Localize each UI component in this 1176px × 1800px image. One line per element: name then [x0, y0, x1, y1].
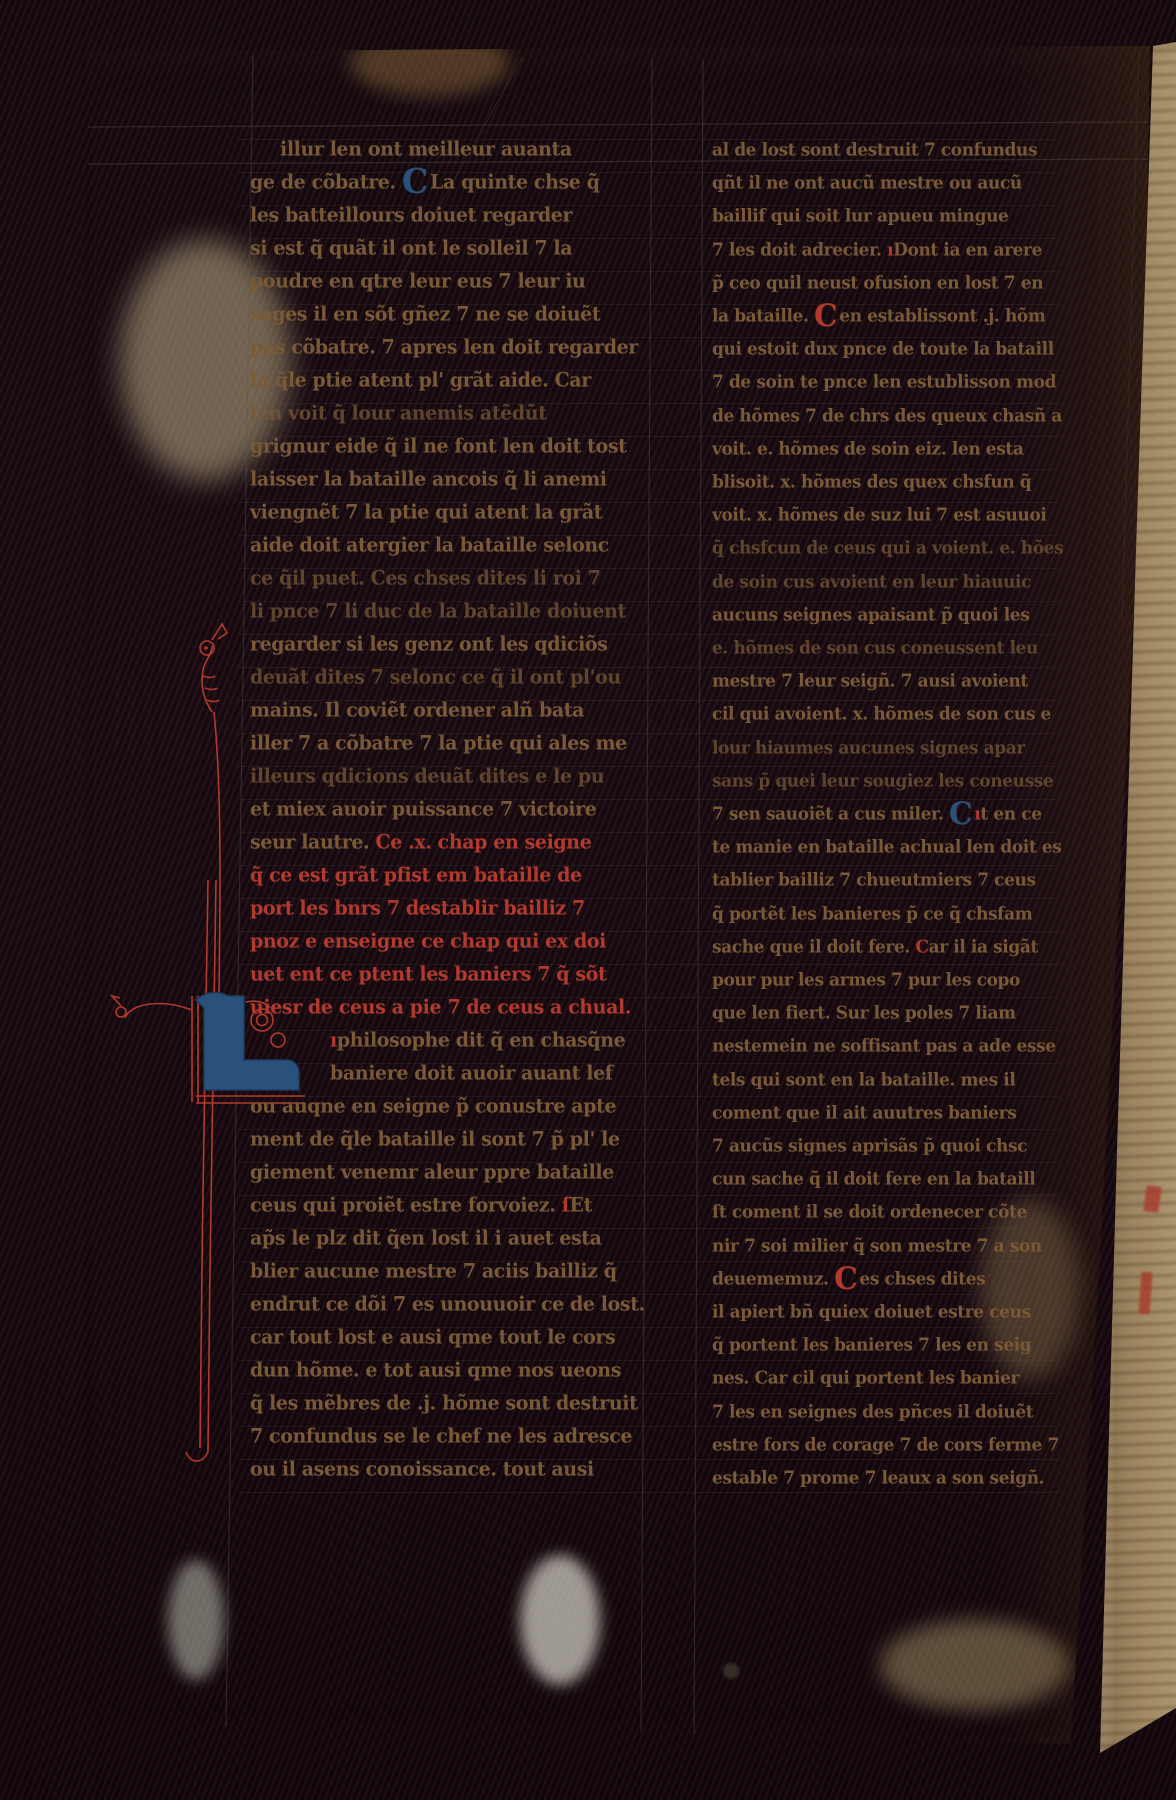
text-segment: la q̃le ptie atent pl' grãt aide. Car: [250, 369, 591, 392]
manuscript-line: il apiert bñ quiex doiuet estre ceus: [712, 1302, 1031, 1323]
manuscript-line: ſt coment il se doit ordenecer cõte: [712, 1202, 1027, 1223]
manuscript-line: nes. Car cil qui portent les banier: [712, 1368, 1019, 1389]
manuscript-line: al de lost sont destruit 7 confundus: [712, 140, 1037, 161]
decorated-initial: C: [834, 1260, 857, 1296]
text-segment: les batteillours doiuet regarder: [250, 204, 572, 227]
text-segment: Ce .x. chap en seigne: [375, 831, 591, 854]
manuscript-line: pour pur les armes 7 pur les copo: [712, 970, 1020, 991]
text-segment: blier aucune mestre 7 aciis bailliz q̃: [250, 1260, 617, 1283]
folio-edge-red-text: [1139, 1272, 1153, 1315]
text-segment: C: [915, 937, 928, 958]
manuscript-line: nir 7 soi milier q̃ son mestre 7 a son: [712, 1236, 1042, 1257]
manuscript-line: iller 7 a cõbatre 7 la ptie qui ales me: [250, 732, 627, 755]
text-segment: la bataille.: [712, 306, 814, 327]
manuscript-line: pas cõbatre. 7 apres len doit regarder: [250, 336, 638, 359]
manuscript-line: ou auqne en seigne p̃ conustre apte: [250, 1095, 616, 1118]
text-segment: sache que il doit fere.: [712, 937, 915, 958]
text-segment: endrut ce dõi 7 es unouuoir ce de lost.: [250, 1293, 645, 1316]
text-segment: blisoit. x. hõmes des quex chsfun q̃: [712, 472, 1031, 493]
text-segment: 7 sen sauoiẽt a cus miler.: [712, 804, 949, 825]
manuscript-line: q̃ les mẽbres de .j. hõme sont destruit: [250, 1392, 637, 1415]
manuscript-line: ment de q̃le bataille il sont 7 p̃ pl' l…: [250, 1128, 620, 1151]
text-segment: baniere doit auoir auant lef: [330, 1062, 613, 1085]
manuscript-line: 7 les en seignes des pñces il doiuẽt: [712, 1402, 1033, 1423]
text-segment: q̃ portent les banieres 7 les en seig: [712, 1335, 1031, 1356]
text-segment: si est q̃ quãt il ont le solleil 7 la: [250, 237, 572, 260]
manuscript-line: si est q̃ quãt il ont le solleil 7 la: [250, 237, 572, 260]
text-segment: mestre 7 leur seigñ. 7 ausi avoient: [712, 671, 1028, 692]
text-segment: q̃ portẽt les banieres p̃ ce q̃ chsfam: [712, 904, 1032, 925]
text-segment: voit. x. hõmes de suz lui 7 est asuuoi: [712, 505, 1046, 526]
text-segment: ge de cõbatre.: [250, 171, 402, 194]
manuscript-line: illur len ont meilleur auanta: [280, 138, 572, 161]
manuscript-line: baniere doit auoir auant lef: [330, 1062, 613, 1085]
manuscript-line: blier aucune mestre 7 aciis bailliz q̃: [250, 1260, 617, 1283]
text-segment: coment que il ait auutres baniers: [712, 1103, 1016, 1124]
manuscript-line: ou il asens conoissance. tout ausi: [250, 1458, 594, 1481]
manuscript-line: pnoz e enseigne ce chap qui ex doi: [250, 930, 606, 953]
manuscript-line: voit. x. hõmes de suz lui 7 est asuuoi: [712, 505, 1046, 526]
text-segment: poudre en qtre leur eus 7 leur iu: [250, 270, 585, 293]
manuscript-line: endrut ce dõi 7 es unouuoir ce de lost.: [250, 1293, 645, 1316]
text-segment: deuãt dites 7 selonc ce q̃ il ont pl'ou: [250, 666, 621, 689]
text-segment: q̃ les mẽbres de .j. hõme sont destruit: [250, 1392, 637, 1415]
manuscript-line: grignur eide q̃ il ne font len doit tost: [250, 435, 627, 458]
text-segment: et miex auoir puissance 7 victoire: [250, 798, 596, 821]
text-segment: al de lost sont destruit 7 confundus: [712, 140, 1037, 161]
manuscript-line: ceus qui proiẽt estre forvoiez. ſEt: [250, 1194, 592, 1217]
manuscript-line: regarder si les genz ont les qdiciõs: [250, 633, 607, 656]
manuscript-line: ıphilosophe dit q̃ en chasq̃ne: [330, 1029, 625, 1052]
manuscript-line: cun sache q̃ il doit fere en la bataill: [712, 1169, 1035, 1190]
text-segment: qñt il ne ont aucũ mestre ou aucũ: [712, 173, 1022, 194]
manuscript-line: 7 les doit adrecier. ıDont ia en arere: [712, 240, 1042, 261]
text-segment: tablier bailliz 7 chueutmiers 7 ceus: [712, 870, 1036, 891]
text-segment: baillif qui soit lur apueu mingue: [712, 206, 1008, 227]
manuscript-line: uet ent ce ptent les baniers 7 q̃ sõt: [250, 963, 606, 986]
manuscript-line: laisser la bataille ancois q̃ li anemi: [250, 468, 607, 491]
decorated-initial: C: [814, 297, 837, 333]
bird-eye: [204, 646, 208, 650]
text-segment: aide doit atergier la bataille selonc: [250, 534, 609, 557]
text-segment: ou il asens conoissance. tout ausi: [250, 1458, 594, 1481]
text-segment: ment de q̃le bataille il sont 7 p̃ pl' l…: [250, 1128, 620, 1151]
text-segment: len voit q̃ lour anemis atẽdũt: [250, 402, 547, 425]
manuscript-line: estable 7 prome 7 leaux a son seigñ.: [712, 1468, 1044, 1489]
text-segment: cun sache q̃ il doit fere en la bataill: [712, 1169, 1035, 1190]
manuscript-line: p̃ ceo quil neust ofusion en lost 7 en: [712, 273, 1043, 294]
manuscript-line: illeurs qdicions deuãt dites e le pu: [250, 765, 604, 788]
manuscript-line: la q̃le ptie atent pl' grãt aide. Car: [250, 369, 591, 392]
text-segment: ce q̃il puet. Ces chses dites li roi 7: [250, 567, 600, 590]
text-segment: pnoz e enseigne ce chap qui ex doi: [250, 930, 606, 953]
manuscript-line: q̃ ce est grãt pfist em bataille de: [250, 864, 582, 887]
text-segment: ſt coment il se doit ordenecer cõte: [712, 1202, 1027, 1223]
text-segment: ceus qui proiẽt estre forvoiez.: [250, 1194, 562, 1217]
text-segment: 7 les doit adrecier.: [712, 240, 887, 261]
text-segment: 7 confundus se le chef ne les adresce: [250, 1425, 632, 1448]
manuscript-line: li pnce 7 li duc de la bataille doiuent: [250, 600, 626, 623]
text-segment: sages il en sõt gñez 7 ne se doiuẽt: [250, 303, 600, 326]
text-segment: illur len ont meilleur auanta: [280, 138, 572, 161]
text-segment: aucuns seignes apaisant p̃ quoi les: [712, 605, 1029, 626]
decorated-initial: C: [949, 795, 972, 831]
text-segment: nir 7 soi milier q̃ son mestre 7 a son: [712, 1236, 1042, 1257]
text-segment: voit. e. hõmes de soin eiz. len esta: [712, 439, 1023, 460]
text-segment: illeurs qdicions deuãt dites e le pu: [250, 765, 604, 788]
manuscript-line: car tout lost e ausi qme tout le cors: [250, 1326, 615, 1349]
decorated-initial: C: [402, 161, 428, 202]
manuscript-line: mestre 7 leur seigñ. 7 ausi avoient: [712, 671, 1028, 692]
text-segment: e. hõmes de son cus coneussent leu: [712, 638, 1038, 659]
text-segment: iller 7 a cõbatre 7 la ptie qui ales me: [250, 732, 627, 755]
text-segment: grignur eide q̃ il ne font len doit tost: [250, 435, 627, 458]
manuscript-line: la bataille. Cen establissont .j. hõm: [712, 306, 1045, 327]
text-segment: pour pur les armes 7 pur les copo: [712, 970, 1020, 991]
manuscript-line: aide doit atergier la bataille selonc: [250, 534, 609, 557]
text-segment: p̃ ceo quil neust ofusion en lost 7 en: [712, 273, 1043, 294]
text-segment: de soin cus avoient en leur hiauuic: [712, 572, 1031, 593]
text-segment: car tout lost e ausi qme tout le cors: [250, 1326, 615, 1349]
text-segment: ap̃s le plz dit q̃en lost il i auet esta: [250, 1227, 602, 1250]
manuscript-line: de soin cus avoient en leur hiauuic: [712, 572, 1031, 593]
text-segment: lour hiaumes aucunes signes apar: [712, 738, 1025, 759]
text-segment: viengnẽt 7 la ptie qui atent la grãt: [250, 501, 602, 524]
text-segment: uet ent ce ptent les baniers 7 q̃ sõt: [250, 963, 606, 986]
manuscript-line: lour hiaumes aucunes signes apar: [712, 738, 1025, 759]
folio-edge-red-text: [1143, 1185, 1161, 1213]
text-segment: ı: [330, 1029, 337, 1052]
text-segment: regarder si les genz ont les qdiciõs: [250, 633, 607, 656]
text-segment: philosophe dit q̃ en chasq̃ne: [337, 1029, 625, 1052]
manuscript-line: giement venemr aleur ppre bataille: [250, 1161, 614, 1184]
text-segment: pas cõbatre. 7 apres len doit regarder: [250, 336, 638, 359]
text-segment: seur lautre.: [250, 831, 375, 854]
text-segment: deuememuz.: [712, 1269, 834, 1290]
manuscript-line: qñt il ne ont aucũ mestre ou aucũ: [712, 173, 1022, 194]
text-segment: uiesr de ceus a pie 7 de ceus a chual.: [250, 996, 631, 1019]
manuscript-line: sages il en sõt gñez 7 ne se doiuẽt: [250, 303, 600, 326]
manuscript-line: que len fiert. Sur les poles 7 liam: [712, 1003, 1016, 1024]
text-segment: ſ: [562, 1194, 570, 1217]
manuscript-line: deuememuz. Ces chses dites: [712, 1269, 985, 1290]
bird-neck: [202, 646, 212, 712]
manuscript-line: tablier bailliz 7 chueutmiers 7 ceus: [712, 870, 1036, 891]
text-segment: tels qui sont en la bataille. mes il: [712, 1070, 1015, 1091]
manuscript-line: viengnẽt 7 la ptie qui atent la grãt: [250, 501, 602, 524]
manuscript-line: aucuns seignes apaisant p̃ quoi les: [712, 605, 1029, 626]
manuscript-line: len voit q̃ lour anemis atẽdũt: [250, 402, 547, 425]
text-segment: 7 les en seignes des pñces il doiuẽt: [712, 1402, 1033, 1423]
manuscript-line: coment que il ait auutres baniers: [712, 1103, 1016, 1124]
text-segment: es chses dites: [859, 1269, 985, 1290]
text-segment: nes. Car cil qui portent les banier: [712, 1368, 1019, 1389]
text-segment: laisser la bataille ancois q̃ li anemi: [250, 468, 607, 491]
manuscript-line: q̃ portẽt les banieres p̃ ce q̃ chsfam: [712, 904, 1032, 925]
manuscript-line: seur lautre. Ce .x. chap en seigne: [250, 831, 591, 854]
manuscript-line: baillif qui soit lur apueu mingue: [712, 206, 1008, 227]
text-segment: 7 aucũs signes aprisãs p̃ quoi chsc: [712, 1136, 1027, 1157]
manuscript-line: uiesr de ceus a pie 7 de ceus a chual.: [250, 996, 631, 1019]
text-segment: il apiert bñ quiex doiuet estre ceus: [712, 1302, 1031, 1323]
manuscript-line: 7 aucũs signes aprisãs p̃ quoi chsc: [712, 1136, 1027, 1157]
parchment-page: illur len ont meilleur auantage de cõbat…: [0, 0, 1176, 1800]
manuscript-line: dun hõme. e tot ausi qme nos ueons: [250, 1359, 621, 1382]
text-segment: li pnce 7 li duc de la bataille doiuent: [250, 600, 626, 623]
manuscript-line: ap̃s le plz dit q̃en lost il i auet esta: [250, 1227, 602, 1250]
text-segment: dun hõme. e tot ausi qme nos ueons: [250, 1359, 621, 1382]
manuscript-line: et miex auoir puissance 7 victoire: [250, 798, 596, 821]
manuscript-line: ce q̃il puet. Ces chses dites li roi 7: [250, 567, 600, 590]
manuscript-line: ge de cõbatre. CLa quinte chse q̃: [250, 171, 600, 194]
manuscript-line: 7 confundus se le chef ne les adresce: [250, 1425, 632, 1448]
text-segment: La quinte chse q̃: [430, 171, 600, 194]
manuscript-line: voit. e. hõmes de soin eiz. len esta: [712, 439, 1023, 460]
manuscript-line: mains. Il coviẽt ordener alñ bata: [250, 699, 584, 722]
text-segment: que len fiert. Sur les poles 7 liam: [712, 1003, 1016, 1024]
text-segment: mains. Il coviẽt ordener alñ bata: [250, 699, 584, 722]
manuscript-line: q̃ portent les banieres 7 les en seig: [712, 1335, 1031, 1356]
manuscript-line: port les bnrs 7 destablir bailliz 7: [250, 897, 585, 920]
manuscript-line: deuãt dites 7 selonc ce q̃ il ont pl'ou: [250, 666, 621, 689]
text-segment: giement venemr aleur ppre bataille: [250, 1161, 614, 1184]
bird-crest: [212, 624, 227, 640]
text-segment: q̃ ce est grãt pfist em bataille de: [250, 864, 582, 887]
manuscript-line: sache que il doit fere. Car il ia sigãt: [712, 937, 1038, 958]
manuscript-line: blisoit. x. hõmes des quex chsfun q̃: [712, 472, 1031, 493]
manuscript-line: les batteillours doiuet regarder: [250, 204, 572, 227]
manuscript-line: poudre en qtre leur eus 7 leur iu: [250, 270, 585, 293]
text-segment: ou auqne en seigne p̃ conustre apte: [250, 1095, 616, 1118]
text-segment: Et: [570, 1194, 592, 1217]
text-segment: estable 7 prome 7 leaux a son seigñ.: [712, 1468, 1044, 1489]
text-segment: port les bnrs 7 destablir bailliz 7: [250, 897, 585, 920]
manuscript-line: 7 sen sauoiẽt a cus miler. Cıt en ce: [712, 804, 1042, 825]
manuscript-line: e. hõmes de son cus coneussent leu: [712, 638, 1038, 659]
manuscript-line: tels qui sont en la bataille. mes il: [712, 1070, 1015, 1091]
